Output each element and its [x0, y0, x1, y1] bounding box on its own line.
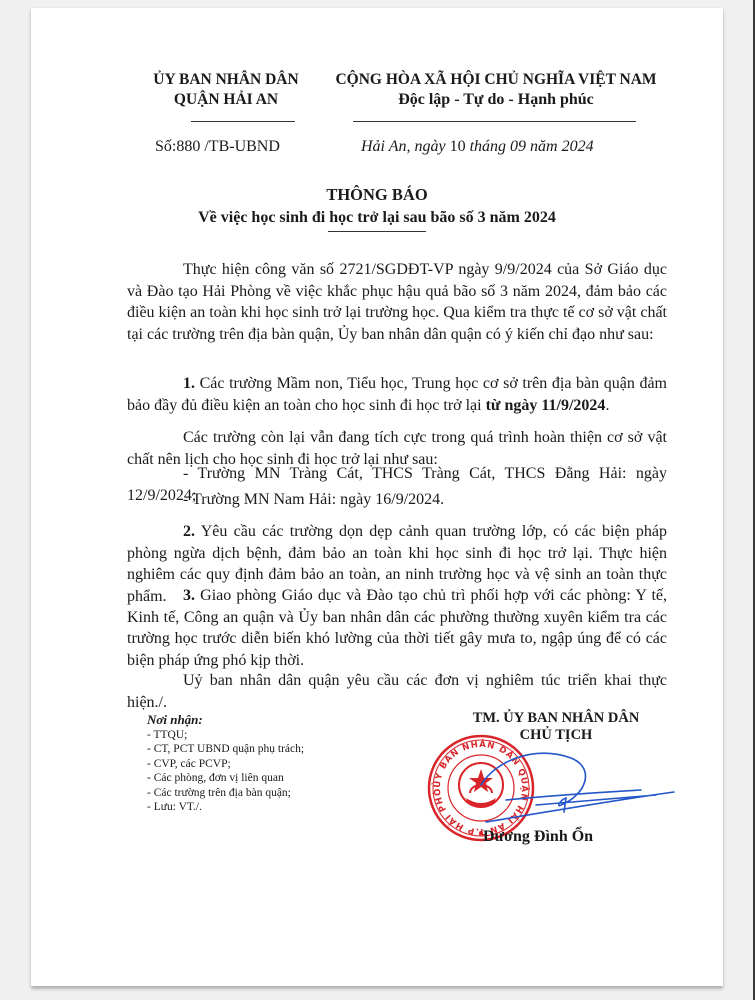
item-3-text: Giao phòng Giáo dục và Đào tạo chủ trì p…	[127, 587, 667, 669]
recipient-item: - Lưu: VT./.	[147, 800, 304, 815]
document-title: THÔNG BÁO	[31, 185, 723, 205]
motto-underline	[353, 121, 636, 122]
date-month-year: tháng 09 năm 2024	[466, 138, 594, 155]
item-1-end: .	[605, 397, 609, 414]
issuing-organization: ỦY BAN NHÂN DÂN QUẬN HẢI AN	[141, 70, 311, 110]
closing-paragraph: Uỷ ban nhân dân quận yêu cầu các đơn vị …	[127, 670, 667, 713]
signing-organization: TM. ỦY BAN NHÂN DÂN	[451, 710, 661, 727]
item-1-paragraph: 1. Các trường Mầm non, Tiểu học, Trung h…	[127, 373, 667, 416]
intro-text: Thực hiện công văn số 2721/SGDĐT-VP ngày…	[127, 259, 667, 345]
item-2-number: 2.	[183, 523, 195, 540]
date-day: 10	[450, 138, 466, 155]
org-line-2: QUẬN HẢI AN	[141, 90, 311, 110]
national-header: CỘNG HÒA XÃ HỘI CHỦ NGHĨA VIỆT NAM Độc l…	[331, 70, 661, 110]
recipients-label: Nơi nhận:	[147, 713, 304, 728]
schedule-item: - Trường MN Nam Hải: ngày 16/9/2024.	[127, 489, 667, 511]
recipient-item: - CVP, các PCVP;	[147, 757, 304, 772]
recipients-block: Nơi nhận: - TTQU; - CT, PCT UBND quận ph…	[147, 713, 304, 815]
item-3-number: 3.	[183, 587, 195, 604]
closing-text: Uỷ ban nhân dân quận yêu cầu các đơn vị …	[127, 670, 667, 713]
recipient-item: - Các trường trên địa bàn quận;	[147, 786, 304, 801]
signer-name: Dương Đình Ổn	[483, 828, 593, 846]
item-1-number: 1.	[183, 375, 195, 392]
handwritten-signature-icon	[476, 750, 676, 830]
recipient-item: - TTQU;	[147, 728, 304, 743]
date-place: Hải An, ngày	[361, 138, 450, 155]
nation-name: CỘNG HÒA XÃ HỘI CHỦ NGHĨA VIỆT NAM	[331, 70, 661, 90]
item-3-paragraph: 3. Giao phòng Giáo dục và Đào tạo chủ tr…	[127, 585, 667, 671]
document-number: Số:880 /TB-UBND	[155, 138, 280, 156]
document-subject: Về việc học sinh đi học trở lại sau bão …	[31, 209, 723, 227]
document-date: Hải An, ngày 10 tháng 09 năm 2024	[361, 138, 594, 156]
intro-paragraph: Thực hiện công văn số 2721/SGDĐT-VP ngày…	[127, 259, 667, 345]
item-1-date: từ ngày 11/9/2024	[486, 397, 606, 414]
schedule-item-2: - Trường MN Nam Hải: ngày 16/9/2024.	[127, 489, 667, 511]
org-underline	[191, 121, 295, 122]
document-page: ỦY BAN NHÂN DÂN QUẬN HẢI AN CỘNG HÒA XÃ …	[31, 8, 723, 986]
org-line-1: ỦY BAN NHÂN DÂN	[141, 70, 311, 90]
recipient-item: - CT, PCT UBND quận phụ trách;	[147, 742, 304, 757]
recipient-item: - Các phòng, đơn vị liên quan	[147, 771, 304, 786]
subject-underline	[328, 231, 426, 232]
national-motto: Độc lập - Tự do - Hạnh phúc	[331, 90, 661, 110]
